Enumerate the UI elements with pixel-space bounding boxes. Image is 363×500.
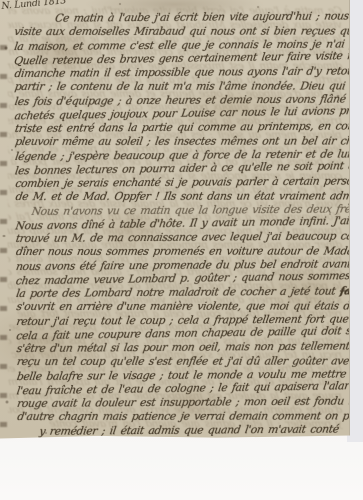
handwriting-line: partir ; le contenu de la nuit m'a mis l…	[14, 79, 350, 93]
handwriting-line: s'ouvrit en arrière d'une manière violen…	[16, 299, 350, 313]
handwriting-line: reçu un tel coup qu'elle s'est enflée et…	[16, 354, 350, 368]
handwriting-line: pleuvoir même au soleil ; les insectes m…	[14, 134, 350, 148]
letter-page: Ce matin à l'aube j'ai écrit bien vite a…	[0, 0, 350, 439]
handwriting-line: s'être d'un métal si las pour mon oeil, …	[16, 339, 350, 355]
handwriting-line: dîner nous nous sommes promenés en voitu…	[15, 244, 350, 258]
handwriting-line: de M. et de Mad. Oppfer ! Ils sont dans …	[15, 189, 350, 203]
handwriting-line: la porte des Lombard notre maladroit de …	[15, 284, 350, 300]
handwriting-line: rouge avait la douleur est insupportable…	[16, 394, 350, 410]
handwriting-line: d'autre chagrin mais patience je verrai …	[16, 409, 350, 423]
handwriting-line: dimanche matin il est impossible que nou…	[14, 64, 350, 80]
handwriting-line: triste est entré dans la partie qui comm…	[14, 119, 350, 135]
letter-scan: Ce matin à l'aube j'ai écrit bien vite a…	[0, 0, 363, 500]
handwriting-line: Ce matin à l'aube j'ai écrit bien vite a…	[54, 9, 350, 25]
struck-word: faible	[339, 284, 350, 297]
handwriting-line: y remédier ; il était admis que quand l'…	[38, 422, 339, 437]
handwriting-line: visite aux demoiselles Mirabaud qui nous…	[13, 24, 350, 38]
handwriting-line: trouvé un M. de ma connaissance avec leq…	[15, 229, 350, 245]
handwriting-line: combien je serais enchanté si je pouvais…	[14, 174, 350, 190]
